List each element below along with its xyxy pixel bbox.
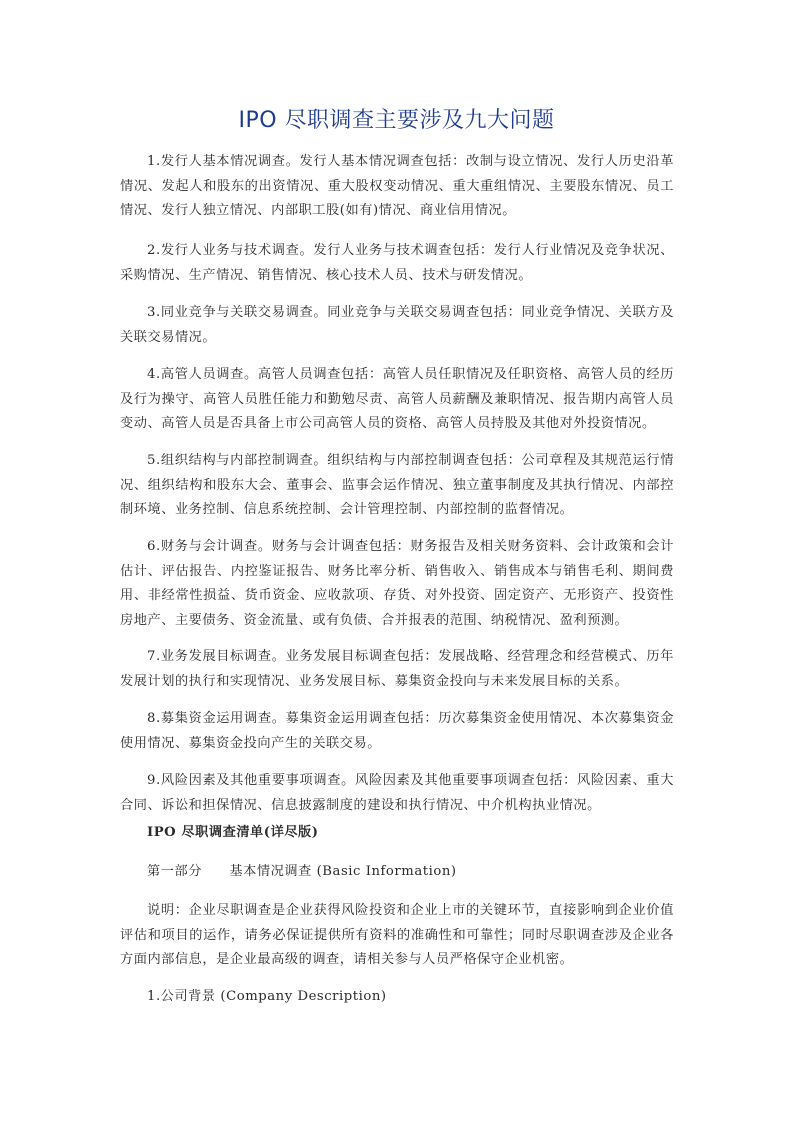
paragraph-issuer-basic: 1.发行人基本情况调查。发行人基本情况调查包括：改制与设立情况、发行人历史沿革情… (120, 150, 674, 224)
section-company-background: 1.公司背景 (Company Description) (120, 985, 674, 1010)
paragraph-business-goals: 7.业务发展目标调查。业务发展目标调查包括：发展战略、经营理念和经营模式、历年发… (120, 645, 674, 694)
paragraph-org-control: 5.组织结构与内部控制调查。组织结构与内部控制调查包括：公司章程及其规范运行情况… (120, 449, 674, 523)
paragraph-fund-use: 8.募集资金运用调查。募集资金运用调查包括：历次募集资金使用情况、本次募集资金使… (120, 707, 674, 756)
paragraph-finance-accounting: 6.财务与会计调查。财务与会计调查包括：财务报告及相关财务资料、会计政策和会计估… (120, 535, 674, 633)
paragraph-business-tech: 2.发行人业务与技术调查。发行人业务与技术调查包括：发行人行业情况及竞争状况、采… (120, 239, 674, 288)
checklist-heading: IPO 尽职调查清单(详尽版) (120, 821, 674, 846)
part-one-heading: 第一部分 基本情况调查 (Basic Information) (120, 860, 674, 885)
paragraph-competition-related: 3.同业竞争与关联交易调查。同业竞争与关联交易调查包括：同业竞争情况、关联方及关… (120, 301, 674, 350)
paragraph-risk-factors: 9.风险因素及其他重要事项调查。风险因素及其他重要事项调查包括：风险因素、重大合… (120, 769, 674, 818)
note-paragraph: 说明：企业尽职调查是企业获得风险投资和企业上市的关键环节，直接影响到企业价值评估… (120, 899, 674, 973)
paragraph-executives: 4.高管人员调查。高管人员调查包括：高管人员任职情况及任职资格、高管人员的经历及… (120, 363, 674, 437)
document-title: IPO 尽职调查主要涉及九大问题 (0, 103, 793, 134)
